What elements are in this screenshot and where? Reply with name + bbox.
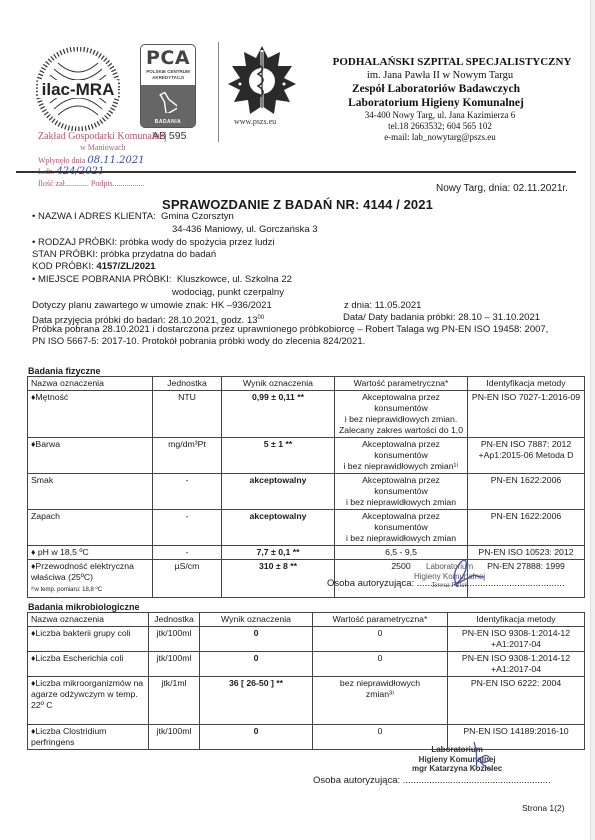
column-header: Jednostka <box>149 613 200 627</box>
table-header-row: Nazwa oznaczeniaJednostkaWynik oznaczeni… <box>28 377 585 391</box>
footnote: ²⁾w temp. pomiaru: 18,8 ºC <box>31 587 102 593</box>
method: PN-EN 1622:2006 <box>468 474 585 510</box>
parameter-name: ♦Przewodność elektryczna właściwa (25ºC)… <box>28 560 153 598</box>
table-row: ♦ pH w 18,5 ºC-7,7 ± 0,1 **6,5 - 9,5PN-E… <box>28 546 585 560</box>
method: PN-EN ISO 9308-1:2014-12+A1:2017-04 <box>448 627 585 652</box>
parametric-value: bez nieprawidłowychzmian³⁾ <box>313 677 448 725</box>
contract: Dotyczy planu zawartego w umowie znak: H… <box>32 300 272 312</box>
parameter-name: Zapach <box>28 510 153 546</box>
place-date: Nowy Targ, dnia: 02.11.2021r. <box>436 183 568 194</box>
parametric-value: 0 <box>313 652 448 677</box>
client-info: • NAZWA I ADRES KLIENTA: Gmina Czorsztyn <box>32 211 234 223</box>
result: 7,7 ± 0,1 ** <box>222 546 335 560</box>
authorizer-physical: Osoba autoryzująca: ....................… <box>327 578 565 589</box>
sampling-note-2: PN ISO 5667-5: 2017-10. Protokół pobrani… <box>32 336 365 348</box>
unit: jtk/100ml <box>149 725 200 750</box>
unit: jtk/100ml <box>149 652 200 677</box>
signature-icon <box>470 740 500 776</box>
method: PN-EN ISO 7027-1:2016-09 <box>468 391 585 438</box>
table-row: Smak-akceptowalnyAkceptowalna przez kons… <box>28 474 585 510</box>
parameter-name: ♦ pH w 18,5 ºC <box>28 546 153 560</box>
unit: mg/dm³Pt <box>153 438 222 474</box>
result: 0 <box>200 627 313 652</box>
pca-logo: PCA POLSKIE CENTRUM AKREDYTACJI BADANIA <box>140 44 196 128</box>
column-header: Nazwa oznaczenia <box>28 613 149 627</box>
parameter-name: ♦Liczba Clostridium perfringens <box>28 725 149 750</box>
page-number: Strona 1(2) <box>522 803 565 813</box>
unit: - <box>153 546 222 560</box>
result: 5 ± 1 ** <box>222 438 335 474</box>
result: 36 [ 26-50 ] ** <box>200 677 313 725</box>
result: 0,99 ± 0,11 ** <box>222 391 335 438</box>
sampling-location-detail: wodociąg, punkt czerpalny <box>172 287 284 299</box>
method: PN-EN ISO 6222: 2004 <box>448 677 585 725</box>
parametric-value: 0 <box>313 627 448 652</box>
result: akceptowalny <box>222 474 335 510</box>
result: 310 ± 8 ** <box>222 560 335 598</box>
table-row: Zapach-akceptowalnyAkceptowalna przez ko… <box>28 510 585 546</box>
sample-code: KOD PRÓBKI: 4157/ZL/2021 <box>32 261 156 273</box>
method: PN-EN 1622:2006 <box>468 510 585 546</box>
unit: jtk/1ml <box>149 677 200 725</box>
method: PN-EN ISO 9308-1:2014-12+A1:2017-04 <box>448 652 585 677</box>
result: 0 <box>200 725 313 750</box>
table-row: ♦Liczba Escherichia colijtk/100ml00PN-EN… <box>28 652 585 677</box>
result: akceptowalny <box>222 510 335 546</box>
unit: µS/cm <box>153 560 222 598</box>
parameter-name: ♦Mętność <box>28 391 153 438</box>
header-rule <box>16 171 576 173</box>
ilac-mra-logo-icon: ilac-MRA <box>36 47 120 131</box>
table-row: ♦Liczba mikroorganizmów na agarze odżywc… <box>28 677 585 725</box>
micro-results-table: Nazwa oznaczeniaJednostkaWynik oznaczeni… <box>27 612 585 750</box>
result: 0 <box>200 652 313 677</box>
section-micro: Badania mikrobiologiczne <box>28 602 140 612</box>
column-header: Wartość parametryczna* <box>335 377 468 391</box>
unit: - <box>153 474 222 510</box>
column-header: Identyfikacja metody <box>468 377 585 391</box>
section-physical: Badania fizyczne <box>28 366 101 376</box>
svg-text:ilac-MRA: ilac-MRA <box>42 80 115 99</box>
flask-icon <box>159 91 177 113</box>
parametric-value: Akceptowalna przez konsumentówi bez niep… <box>335 391 468 438</box>
column-header: Wartość parametryczna* <box>313 613 448 627</box>
report-page: ilac-MRA PCA POLSKIE CENTRUM AKREDYTACJI… <box>0 0 595 840</box>
test-dates: Data/ Daty badania próbki: 28.10 – 31.10… <box>343 312 540 324</box>
sample-type: • RODZAJ PRÓBKI: próbka wody do spożycia… <box>32 237 275 249</box>
method: PN-EN ISO 7887: 2012+Ap1:2015-06 Metoda … <box>468 438 585 474</box>
table-row: ♦Liczba bakterii grupy colijtk/100ml00PN… <box>28 627 585 652</box>
client-address: 34-436 Maniowy, ul. Gorczańska 3 <box>172 224 318 236</box>
sampling-location: • MIEJSCE POBRANIA PRÓBKI: Kluszkowce, u… <box>32 274 292 286</box>
report-title: SPRAWOZDANIE Z BADAŃ NR: 4144 / 2021 <box>0 197 595 212</box>
parameter-name: ♦Barwa <box>28 438 153 474</box>
page-edge <box>590 0 595 840</box>
lab-header: PODHALAŃSKI SZPITAL SPECJALISTYCZNY im. … <box>290 56 590 143</box>
divider <box>218 42 219 142</box>
contract-date: z dnia: 11.05.2021 <box>344 300 421 312</box>
parametric-value: Akceptowalna przez konsumentówi bez niep… <box>335 510 468 546</box>
unit: - <box>153 510 222 546</box>
hospital-url: www.pszs.eu <box>234 117 276 126</box>
table-row: ♦Barwamg/dm³Pt5 ± 1 **Akceptowalna przez… <box>28 438 585 474</box>
parameter-name: ♦Liczba mikroorganizmów na agarze odżywc… <box>28 677 149 725</box>
physical-results-table: Nazwa oznaczeniaJednostkaWynik oznaczeni… <box>27 376 585 598</box>
parameter-name: ♦Liczba bakterii grupy coli <box>28 627 149 652</box>
column-header: Identyfikacja metody <box>448 613 585 627</box>
column-header: Nazwa oznaczenia <box>28 377 153 391</box>
column-header: Jednostka <box>153 377 222 391</box>
sample-state: STAN PRÓBKI: próbka przydatna do badań <box>32 249 216 261</box>
column-header: Wynik oznaczenia <box>222 377 335 391</box>
unit: jtk/100ml <box>149 627 200 652</box>
parameter-name: Smak <box>28 474 153 510</box>
table-row: ♦MętnośćNTU0,99 ± 0,11 **Akceptowalna pr… <box>28 391 585 438</box>
table-header-row: Nazwa oznaczeniaJednostkaWynik oznaczeni… <box>28 613 585 627</box>
received-date: 08.11.2021 <box>87 155 144 166</box>
column-header: Wynik oznaczenia <box>200 613 313 627</box>
parametric-value: Akceptowalna przez konsumentówi bez niep… <box>335 438 468 474</box>
sampling-note-1: Próbka pobrana 28.10.2021 i dostarczona … <box>32 324 548 336</box>
unit: NTU <box>153 391 222 438</box>
authorizer-micro: Osoba autoryzująca: ....................… <box>313 775 551 786</box>
parameter-name: ♦Liczba Escherichia coli <box>28 652 149 677</box>
parametric-value: Akceptowalna przez konsumentówi bez niep… <box>335 474 468 510</box>
